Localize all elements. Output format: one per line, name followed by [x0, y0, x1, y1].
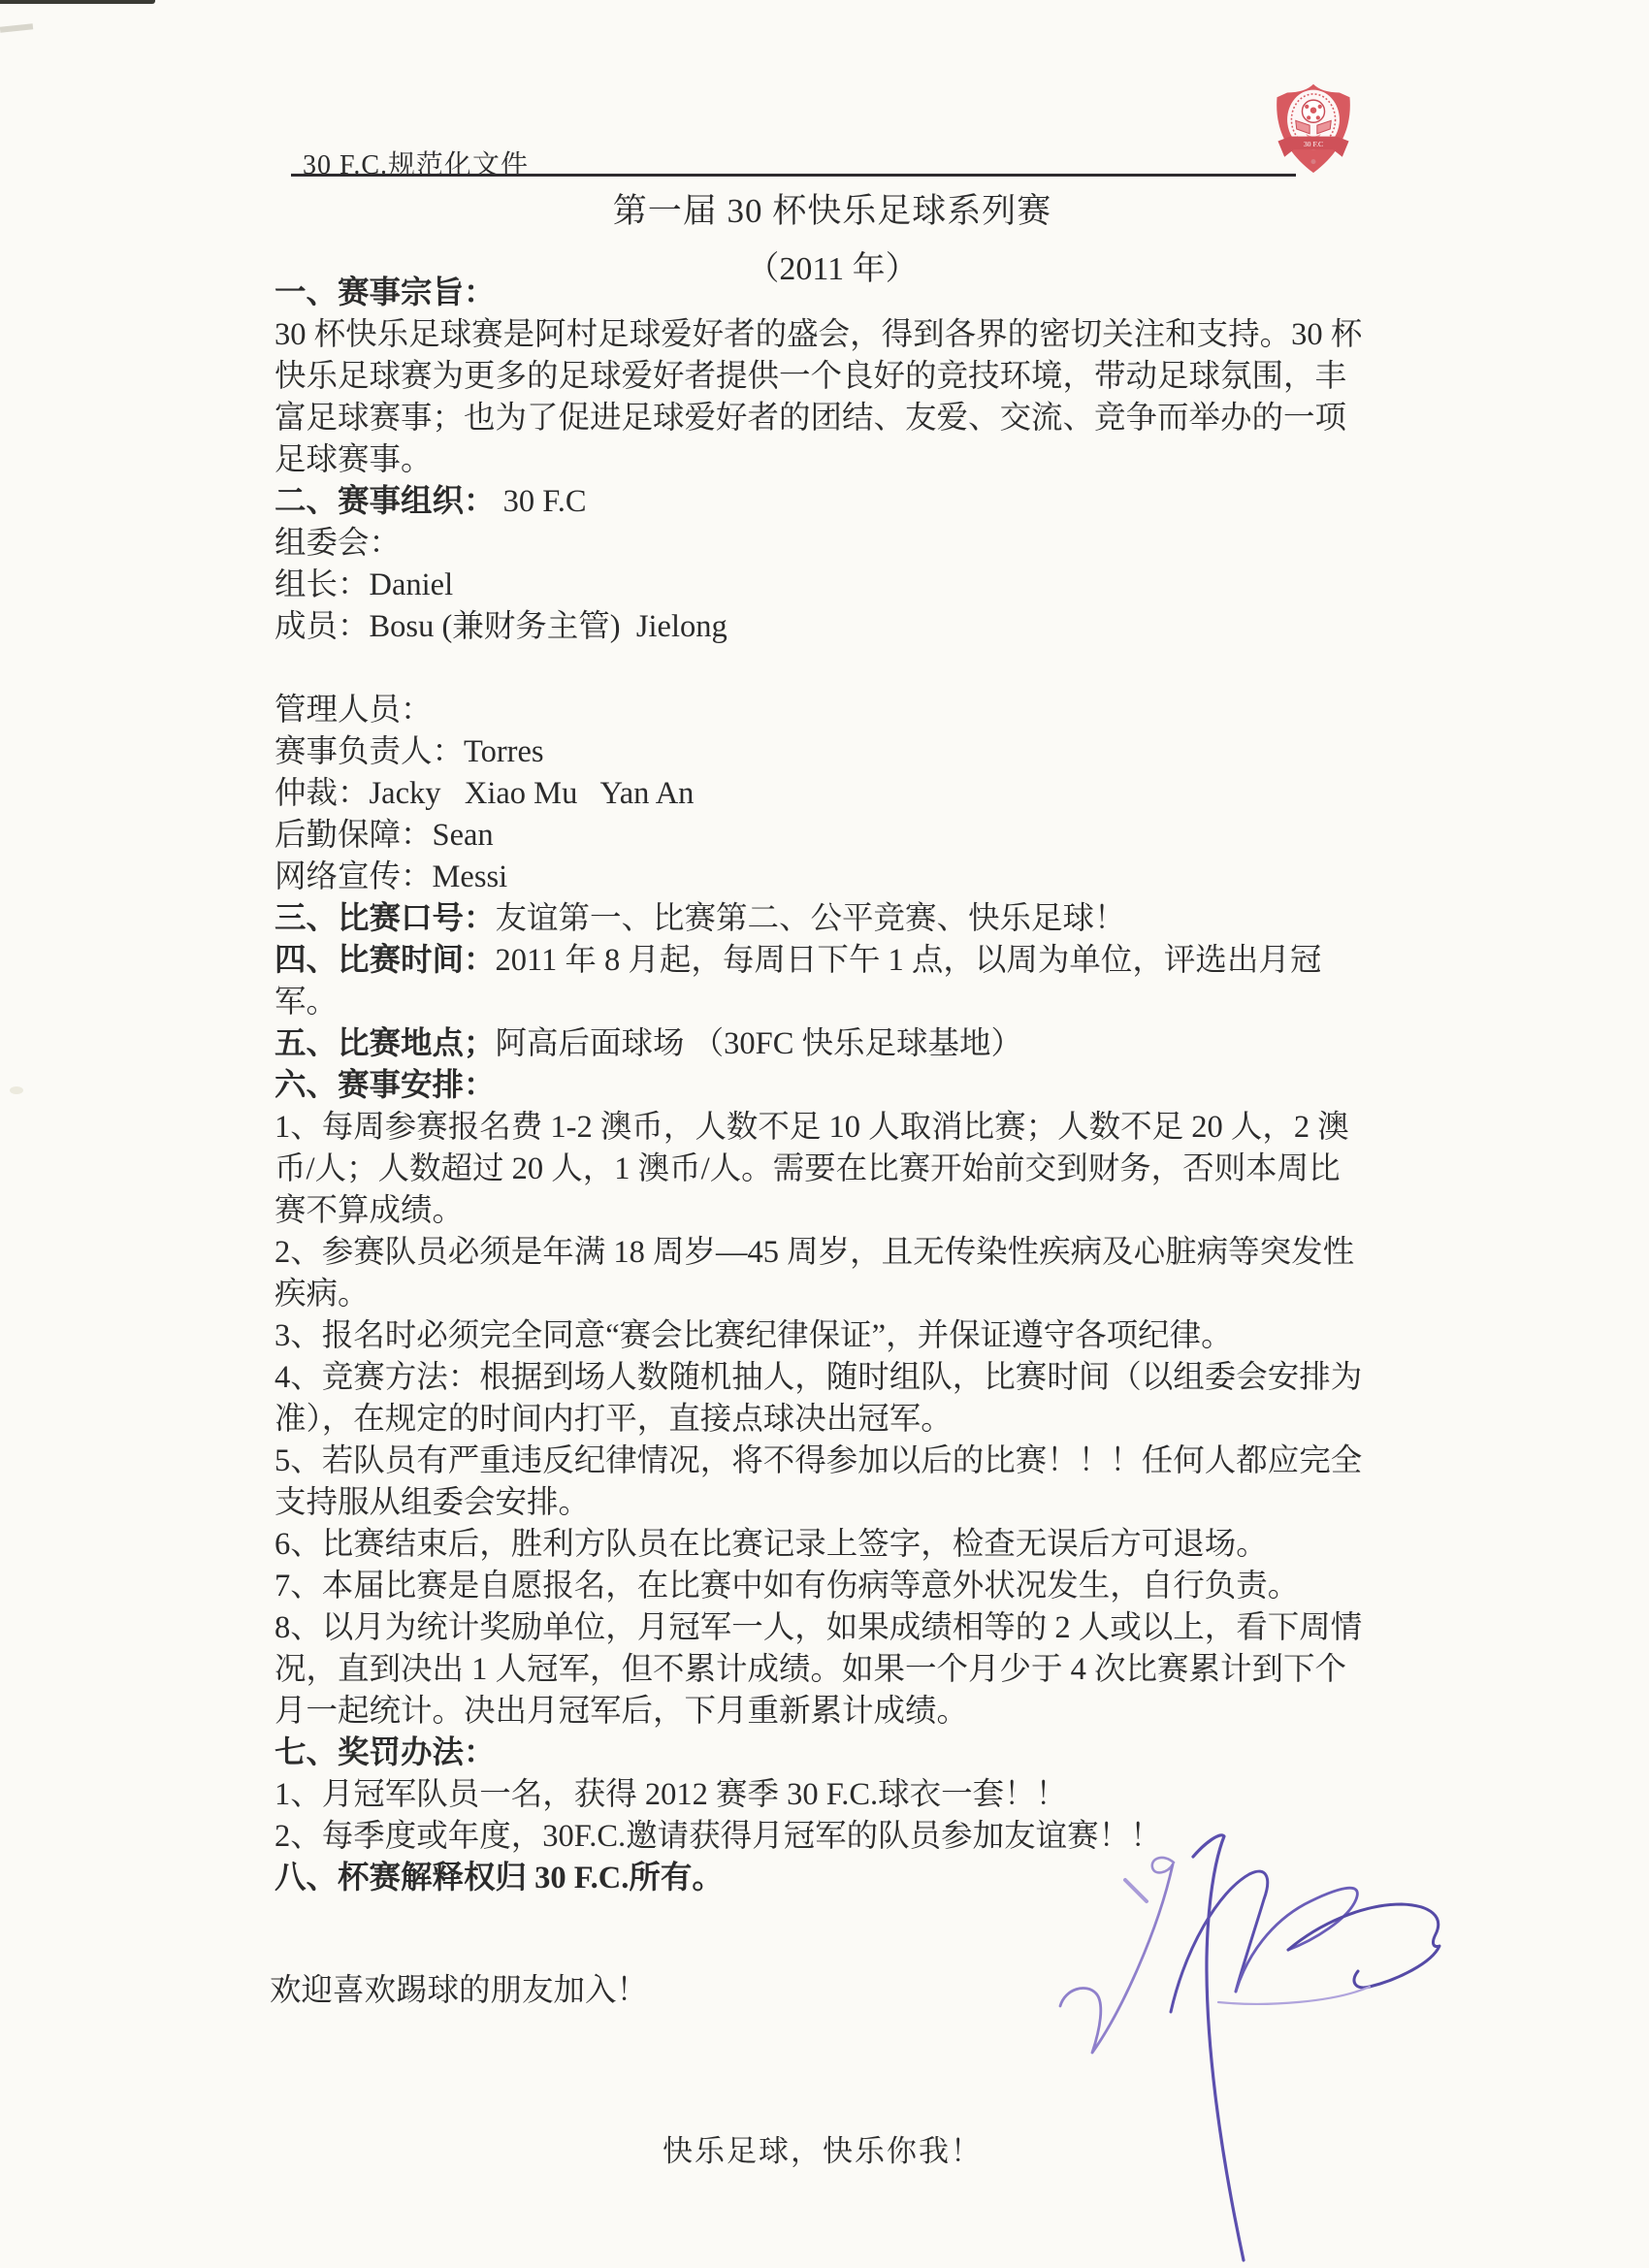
- welcome-line: 欢迎喜欢踢球的朋友加入！: [270, 1965, 648, 2010]
- document-line: 8、以月为统计奖励单位，月冠军一人，如果成绩相等的 2 人或以上，看下周情: [275, 1607, 1400, 1649]
- section-label: 三、比赛口号：: [275, 901, 496, 936]
- document-line: 准），在规定的时间内打平，直接点球决出冠军。: [275, 1399, 1400, 1441]
- document-line: 网络宣传：Messi: [275, 857, 1400, 898]
- document-line: 支持服从组委会安排。: [275, 1482, 1400, 1524]
- line-text: 仲裁：Jacky Xiao Mu Yan An: [275, 776, 694, 811]
- document-line: 四、比赛时间：2011 年 8 月起，每周日下午 1 点，以周为单位，评选出月冠: [275, 940, 1400, 982]
- scan-smudge: [10, 1086, 23, 1094]
- document-line: 后勤保障：Sean: [275, 815, 1400, 857]
- document-line: 月一起统计。决出月冠军后，下月重新累计成绩。: [275, 1691, 1400, 1733]
- line-text: 况，直到决出 1 人冠军，但不累计成绩。如果一个月少于 4 次比赛累计到下个: [275, 1652, 1346, 1687]
- document-header-label: 30 F.C.规范化文件: [303, 144, 529, 182]
- document-line: 五、比赛地点；阿高后面球场 （30FC 快乐足球基地）: [275, 1023, 1400, 1065]
- slogan-line: 快乐足球，快乐你我！: [663, 2126, 983, 2170]
- line-text: 友谊第一、比赛第二、公平竞赛、快乐足球！: [496, 901, 1126, 936]
- document-line: 三、比赛口号：友谊第一、比赛第二、公平竞赛、快乐足球！: [275, 898, 1400, 940]
- document-line: 一、赛事宗旨：: [275, 273, 1400, 314]
- line-text: 组长：Daniel: [275, 567, 453, 602]
- line-text: 30 F.C: [496, 484, 587, 519]
- document-line: 疾病。: [275, 1274, 1400, 1315]
- line-text: 疾病。: [275, 1277, 370, 1312]
- document-line: 六、赛事安排：: [275, 1065, 1400, 1107]
- line-text: 币/人；人数超过 20 人，1 澳币/人。需要在比赛开始前交到财务，否则本周比: [275, 1151, 1341, 1186]
- document-line: 仲裁：Jacky Xiao Mu Yan An: [275, 773, 1400, 815]
- document-line: 7、本届比赛是自愿报名，在比赛中如有伤病等意外状况发生，自行负责。: [275, 1566, 1400, 1607]
- document-line: 赛事负责人：Torres: [275, 731, 1400, 773]
- document-line: 成员：Bosu (兼财务主管) Jielong: [275, 606, 1400, 648]
- document-line: 快乐足球赛为更多的足球爱好者提供一个良好的竞技环境，带动足球氛围，丰: [275, 356, 1400, 398]
- section-label: 七、奖罚办法：: [275, 1735, 496, 1770]
- line-text: 网络宣传：Messi: [275, 859, 507, 894]
- section-label: 四、比赛时间：: [275, 943, 496, 978]
- line-text: 赛不算成绩。: [275, 1193, 464, 1228]
- line-text: 1、月冠军队员一名，获得 2012 赛季 30 F.C.球衣一套！！: [275, 1777, 1067, 1812]
- scanned-document-page: 30 F.C.规范化文件 30 F.C 第一届 30 杯快乐足球系列赛: [0, 0, 1649, 2268]
- line-text: 5、若队员有严重违反纪律情况，将不得参加以后的比赛！！！任何人都应完全: [275, 1443, 1362, 1478]
- line-text: 2、参赛队员必须是年满 18 周岁—45 周岁，且无传染性疾病及心脏病等突发性: [275, 1235, 1354, 1270]
- document-line: 七、奖罚办法：: [275, 1733, 1400, 1774]
- section-label: 五、比赛地点；: [275, 1026, 496, 1061]
- document-line: 管理人员：: [275, 690, 1400, 731]
- document-line: 6、比赛结束后，胜利方队员在比赛记录上签字，检查无误后方可退场。: [275, 1524, 1400, 1566]
- document-line: 2、参赛队员必须是年满 18 周岁—45 周岁，且无传染性疾病及心脏病等突发性: [275, 1232, 1400, 1274]
- document-line: 足球赛事。: [275, 439, 1400, 481]
- line-text: 8、以月为统计奖励单位，月冠军一人，如果成绩相等的 2 人或以上，看下周情: [275, 1610, 1362, 1645]
- line-text: 4、竞赛方法：根据到场人数随机抽人，随时组队，比赛时间（以组委会安排为: [275, 1360, 1362, 1395]
- section-label: 八、杯赛解释权归 30 F.C.所有。: [275, 1861, 724, 1895]
- line-text: 支持服从组委会安排。: [275, 1485, 590, 1520]
- section-label: 六、赛事安排：: [275, 1068, 496, 1103]
- club-crest-logo: 30 F.C: [1267, 80, 1360, 177]
- scan-edge-artifact: [0, 0, 155, 4]
- soccer-ball-icon: [1302, 100, 1324, 122]
- document-line: [275, 648, 1400, 690]
- document-line: 况，直到决出 1 人冠军，但不累计成绩。如果一个月少于 4 次比赛累计到下个: [275, 1649, 1400, 1691]
- document-line: 军。: [275, 982, 1400, 1023]
- document-line: 3、报名时必须完全同意“赛会比赛纪律保证”，并保证遵守各项纪律。: [275, 1315, 1400, 1357]
- header-underline: [291, 174, 1296, 177]
- line-text: 管理人员：: [275, 693, 433, 728]
- line-text: 富足球赛事；也为了促进足球爱好者的团结、友爱、交流、竞争而举办的一项: [275, 401, 1346, 436]
- line-text: 1、每周参赛报名费 1-2 澳币，人数不足 10 人取消比赛；人数不足 20 人…: [275, 1110, 1349, 1145]
- line-text: 组委会：: [275, 526, 401, 561]
- document-line: 1、每周参赛报名费 1-2 澳币，人数不足 10 人取消比赛；人数不足 20 人…: [275, 1107, 1400, 1149]
- document-line: 1、月冠军队员一名，获得 2012 赛季 30 F.C.球衣一套！！: [275, 1774, 1400, 1816]
- document-line: 二、赛事组织： 30 F.C: [275, 481, 1400, 523]
- line-text: 2011 年 8 月起，每周日下午 1 点，以周为单位，评选出月冠: [496, 943, 1322, 978]
- line-text: 快乐足球赛为更多的足球爱好者提供一个良好的竞技环境，带动足球氛围，丰: [275, 359, 1346, 394]
- document-line: 5、若队员有严重违反纪律情况，将不得参加以后的比赛！！！任何人都应完全: [275, 1441, 1400, 1482]
- line-text: 足球赛事。: [275, 442, 433, 477]
- scan-smudge: [0, 23, 33, 33]
- ribbon-text: 30 F.C: [1304, 140, 1323, 148]
- line-text: 3、报名时必须完全同意“赛会比赛纪律保证”，并保证遵守各项纪律。: [275, 1318, 1233, 1353]
- document-line: 4、竞赛方法：根据到场人数随机抽人，随时组队，比赛时间（以组委会安排为: [275, 1357, 1400, 1399]
- document-line: 富足球赛事；也为了促进足球爱好者的团结、友爱、交流、竞争而举办的一项: [275, 398, 1400, 439]
- document-line: 赛不算成绩。: [275, 1190, 1400, 1232]
- line-text: 准），在规定的时间内打平，直接点球决出冠军。: [275, 1402, 953, 1437]
- document-body: 一、赛事宗旨：30 杯快乐足球赛是阿村足球爱好者的盛会，得到各界的密切关注和支持…: [275, 273, 1400, 1899]
- line-text: 成员：Bosu (兼财务主管) Jielong: [275, 609, 727, 644]
- document-line: 组委会：: [275, 523, 1400, 565]
- line-text: 月一起统计。决出月冠军后，下月重新累计成绩。: [275, 1694, 968, 1729]
- line-text: 阿高后面球场 （30FC 快乐足球基地）: [496, 1026, 1023, 1061]
- line-text: 6、比赛结束后，胜利方队员在比赛记录上签字，检查无误后方可退场。: [275, 1527, 1268, 1562]
- line-text: 军。: [275, 985, 338, 1020]
- document-title: 第一届 30 杯快乐足球系列赛: [275, 184, 1390, 233]
- document-line: 30 杯快乐足球赛是阿村足球爱好者的盛会，得到各界的密切关注和支持。30 杯: [275, 314, 1400, 356]
- section-label: 二、赛事组织：: [275, 484, 496, 519]
- handwritten-signature: [1028, 1822, 1484, 2266]
- line-text: 后勤保障：Sean: [275, 818, 494, 853]
- line-text: 赛事负责人：Torres: [275, 734, 544, 769]
- line-text: 7、本届比赛是自愿报名，在比赛中如有伤病等意外状况发生，自行负责。: [275, 1569, 1299, 1604]
- document-line: 币/人；人数超过 20 人，1 澳币/人。需要在比赛开始前交到财务，否则本周比: [275, 1149, 1400, 1190]
- section-label: 一、赛事宗旨：: [275, 275, 496, 310]
- line-text: 30 杯快乐足球赛是阿村足球爱好者的盛会，得到各界的密切关注和支持。30 杯: [275, 317, 1362, 352]
- document-line: 组长：Daniel: [275, 565, 1400, 606]
